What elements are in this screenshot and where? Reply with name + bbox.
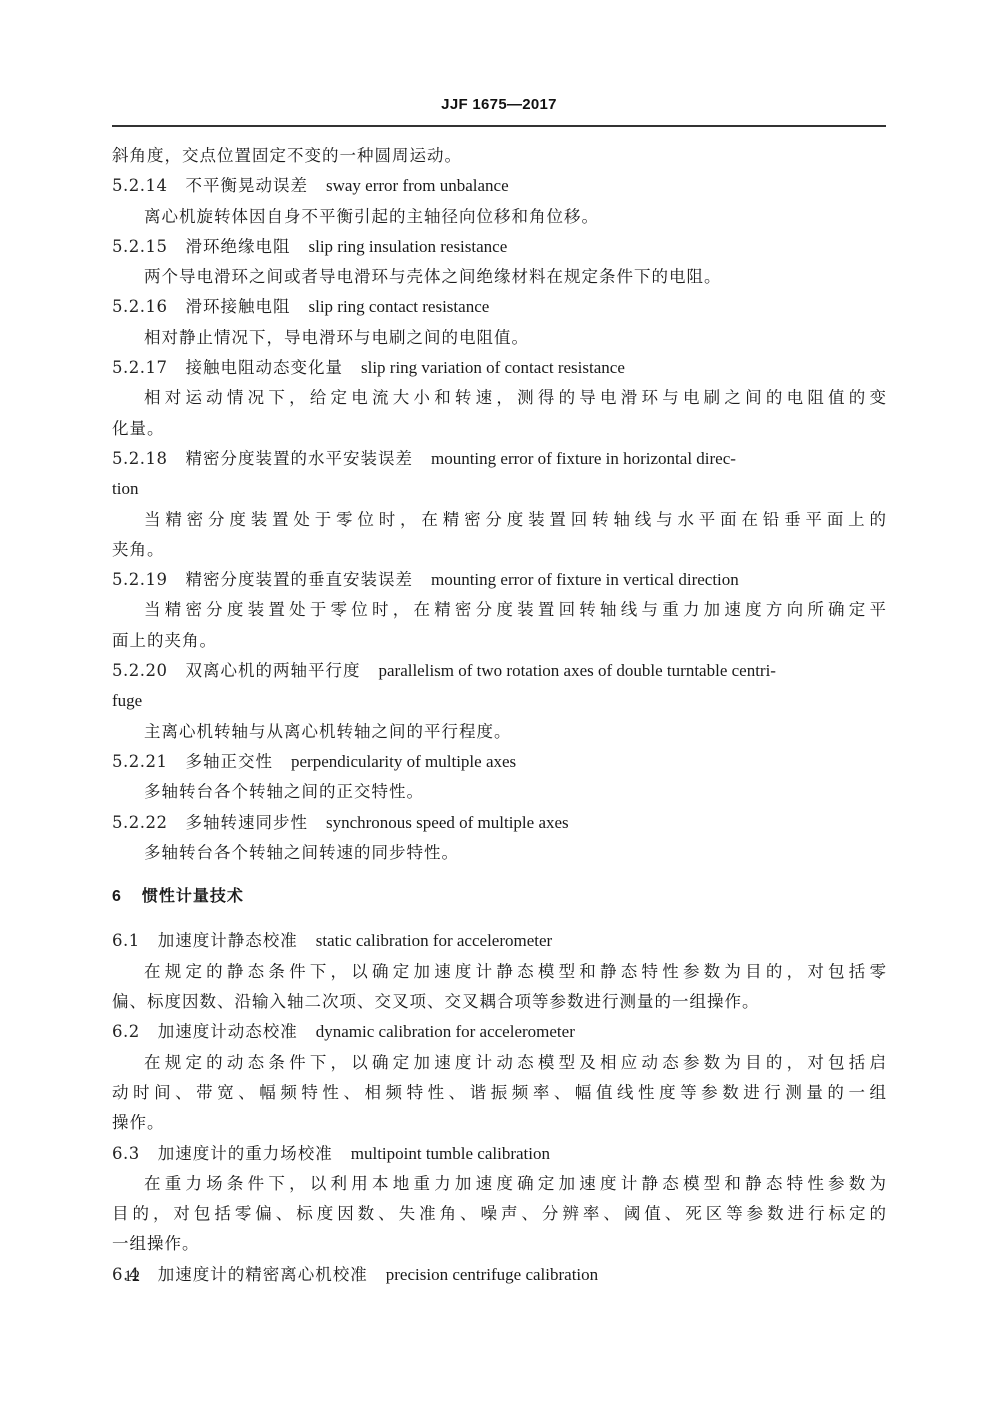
paragraph-text: 多轴转台各个转轴之间的正交特性。 <box>144 782 424 801</box>
paragraph-text: 目的，对包括零偏、标度因数、失准角、噪声、分辨率、阈值、死区等参数进行标定的 <box>112 1199 886 1229</box>
term-english: perpendicularity of multiple axes <box>291 752 516 771</box>
clause-number: 5.2.20 <box>112 656 167 686</box>
paragraph-text: 操作。 <box>112 1113 165 1132</box>
term-english: sway error from unbalance <box>326 176 509 195</box>
term-chinese: 滑环绝缘电阻 <box>185 237 290 256</box>
page-number: 12 <box>124 1268 140 1286</box>
term-entry: 5.2.22多轴转速同步性synchronous speed of multip… <box>112 808 886 838</box>
clause-number: 6.1 <box>112 926 140 956</box>
paragraph-text: 相对静止情况下，导电滑环与电刷之间的电阻值。 <box>144 328 529 347</box>
term-chinese: 精密分度装置的垂直安装误差 <box>185 570 413 589</box>
definition-paragraph: 相对静止情况下，导电滑环与电刷之间的电阻值。 <box>112 323 886 353</box>
term-entry: 5.2.16滑环接触电阻slip ring contact resistance <box>112 292 886 322</box>
term-english: slip ring insulation resistance <box>308 237 507 256</box>
term-entry: 5.2.18精密分度装置的水平安装误差mounting error of fix… <box>112 444 886 474</box>
term-entry: 6.2加速度计动态校准dynamic calibration for accel… <box>112 1017 886 1047</box>
definition-paragraph: 在规定的静态条件下，以确定加速度计静态模型和静态特性参数为目的，对包括零 <box>112 957 886 987</box>
term-chinese: 加速度计静态校准 <box>158 931 298 950</box>
header-divider <box>112 125 886 127</box>
definition-paragraph: 在规定的动态条件下，以确定加速度计动态模型及相应动态参数为目的，对包括启 <box>112 1048 886 1078</box>
term-chinese: 不平衡晃动误差 <box>185 176 308 195</box>
clause-number: 5.2.14 <box>112 171 167 201</box>
paragraph-continuation: 目的，对包括零偏、标度因数、失准角、噪声、分辨率、阈值、死区等参数进行标定的 <box>112 1199 886 1229</box>
definition-paragraph: 当精密分度装置处于零位时，在精密分度装置回转轴线与水平面在铅垂平面上的 <box>112 505 886 535</box>
paragraph-continuation: 一组操作。 <box>112 1229 886 1259</box>
paragraph-text: 斜角度，交点位置固定不变的一种圆周运动。 <box>112 146 462 165</box>
paragraph-continuation: 面上的夹角。 <box>112 626 886 656</box>
term-entry: 5.2.17接触电阻动态变化量slip ring variation of co… <box>112 353 886 383</box>
paragraph-text: 化量。 <box>112 419 165 438</box>
term-entry: 5.2.21多轴正交性perpendicularity of multiple … <box>112 747 886 777</box>
section-title: 惯性计量技术 <box>142 888 244 905</box>
term-chinese: 加速度计动态校准 <box>158 1022 298 1041</box>
paragraph-text: 当精密分度装置处于零位时，在精密分度装置回转轴线与重力加速度方向所确定平 <box>144 595 886 625</box>
definition-paragraph: 当精密分度装置处于零位时，在精密分度装置回转轴线与重力加速度方向所确定平 <box>112 595 886 625</box>
term-english: precision centrifuge calibration <box>386 1265 598 1284</box>
paragraph-text: 夹角。 <box>112 540 165 559</box>
term-chinese: 加速度计的重力场校准 <box>158 1144 333 1163</box>
term-chinese: 接触电阻动态变化量 <box>185 358 343 377</box>
definition-paragraph: 多轴转台各个转轴之间转速的同步特性。 <box>112 838 886 868</box>
section-heading: 6惯性计量技术 <box>112 882 886 912</box>
paragraph-text: 主离心机转轴与从离心机转轴之间的平行程度。 <box>144 722 512 741</box>
definition-paragraph: 两个导电滑环之间或者导电滑环与壳体之间绝缘材料在规定条件下的电阻。 <box>112 262 886 292</box>
term-english: mounting error of fixture in vertical di… <box>431 570 739 589</box>
term-english: parallelism of two rotation axes of doub… <box>378 661 775 680</box>
term-chinese: 精密分度装置的水平安装误差 <box>185 449 413 468</box>
clause-number: 5.2.17 <box>112 353 167 383</box>
paragraph-text: 相对运动情况下，给定电流大小和转速，测得的导电滑环与电刷之间的电阻值的变 <box>144 383 886 413</box>
paragraph-continuation: fuge <box>112 686 886 716</box>
definition-paragraph: 相对运动情况下，给定电流大小和转速，测得的导电滑环与电刷之间的电阻值的变 <box>112 383 886 413</box>
term-chinese: 滑环接触电阻 <box>185 297 290 316</box>
term-english: multipoint tumble calibration <box>351 1144 550 1163</box>
paragraph-text: 两个导电滑环之间或者导电滑环与壳体之间绝缘材料在规定条件下的电阻。 <box>144 267 722 286</box>
section-number: 6 <box>112 888 122 905</box>
paragraph-continuation: 操作。 <box>112 1108 886 1138</box>
spacer <box>112 912 886 926</box>
term-entry: 6.4加速度计的精密离心机校准precision centrifuge cali… <box>112 1260 886 1290</box>
paragraph-text: 偏、标度因数、沿输入轴二次项、交叉项、交叉耦合项等参数进行测量的一组操作。 <box>112 992 760 1011</box>
term-entry: 5.2.14不平衡晃动误差sway error from unbalance <box>112 171 886 201</box>
paragraph-continuation: 斜角度，交点位置固定不变的一种圆周运动。 <box>112 141 886 171</box>
definition-paragraph: 在重力场条件下，以利用本地重力加速度确定加速度计静态模型和静态特性参数为 <box>112 1169 886 1199</box>
term-chinese: 双离心机的两轴平行度 <box>185 661 360 680</box>
term-english: dynamic calibration for accelerometer <box>316 1022 575 1041</box>
paragraph-continuation: 夹角。 <box>112 535 886 565</box>
clause-number: 6.3 <box>112 1139 140 1169</box>
term-english: static calibration for accelerometer <box>316 931 552 950</box>
paragraph-text: 面上的夹角。 <box>112 631 217 650</box>
term-english: slip ring contact resistance <box>308 297 489 316</box>
clause-number: 5.2.18 <box>112 444 167 474</box>
paragraph-continuation: 化量。 <box>112 414 886 444</box>
term-entry: 5.2.19精密分度装置的垂直安装误差mounting error of fix… <box>112 565 886 595</box>
clause-number: 5.2.21 <box>112 747 167 777</box>
term-english: synchronous speed of multiple axes <box>326 813 569 832</box>
paragraph-continuation: 动时间、带宽、幅频特性、相频特性、谐振频率、幅值线性度等参数进行测量的一组 <box>112 1078 886 1108</box>
term-entry: 5.2.15滑环绝缘电阻slip ring insulation resista… <box>112 232 886 262</box>
paragraph-text: 在重力场条件下，以利用本地重力加速度确定加速度计静态模型和静态特性参数为 <box>144 1169 886 1199</box>
clause-number: 5.2.15 <box>112 232 167 262</box>
clause-number: 5.2.22 <box>112 808 167 838</box>
clause-number: 5.2.19 <box>112 565 167 595</box>
term-english: mounting error of fixture in horizontal … <box>431 449 736 468</box>
paragraph-text: 动时间、带宽、幅频特性、相频特性、谐振频率、幅值线性度等参数进行测量的一组 <box>112 1078 886 1108</box>
paragraph-text: 一组操作。 <box>112 1234 200 1253</box>
spacer <box>112 868 886 882</box>
paragraph-text: fuge <box>112 691 142 710</box>
definition-paragraph: 离心机旋转体因自身不平衡引起的主轴径向位移和角位移。 <box>112 202 886 232</box>
term-chinese: 多轴正交性 <box>185 752 273 771</box>
paragraph-text: 离心机旋转体因自身不平衡引起的主轴径向位移和角位移。 <box>144 207 599 226</box>
paragraph-text: tion <box>112 479 138 498</box>
term-english: slip ring variation of contact resistanc… <box>361 358 625 377</box>
paragraph-continuation: 偏、标度因数、沿输入轴二次项、交叉项、交叉耦合项等参数进行测量的一组操作。 <box>112 987 886 1017</box>
definition-paragraph: 多轴转台各个转轴之间的正交特性。 <box>112 777 886 807</box>
paragraph-continuation: tion <box>112 474 886 504</box>
term-entry: 6.3加速度计的重力场校准multipoint tumble calibrati… <box>112 1139 886 1169</box>
paragraph-text: 多轴转台各个转轴之间转速的同步特性。 <box>144 843 459 862</box>
paragraph-text: 在规定的静态条件下，以确定加速度计静态模型和静态特性参数为目的，对包括零 <box>144 957 886 987</box>
term-chinese: 多轴转速同步性 <box>185 813 308 832</box>
document-body: 斜角度，交点位置固定不变的一种圆周运动。5.2.14不平衡晃动误差sway er… <box>112 141 886 1290</box>
paragraph-text: 在规定的动态条件下，以确定加速度计动态模型及相应动态参数为目的，对包括启 <box>144 1048 886 1078</box>
clause-number: 5.2.16 <box>112 292 167 322</box>
clause-number: 6.2 <box>112 1017 140 1047</box>
term-entry: 6.1加速度计静态校准static calibration for accele… <box>112 926 886 956</box>
definition-paragraph: 主离心机转轴与从离心机转轴之间的平行程度。 <box>112 717 886 747</box>
term-chinese: 加速度计的精密离心机校准 <box>158 1265 368 1284</box>
term-entry: 5.2.20双离心机的两轴平行度parallelism of two rotat… <box>112 656 886 686</box>
paragraph-text: 当精密分度装置处于零位时，在精密分度装置回转轴线与水平面在铅垂平面上的 <box>144 505 886 535</box>
document-code-header: JJF 1675—2017 <box>112 96 886 113</box>
